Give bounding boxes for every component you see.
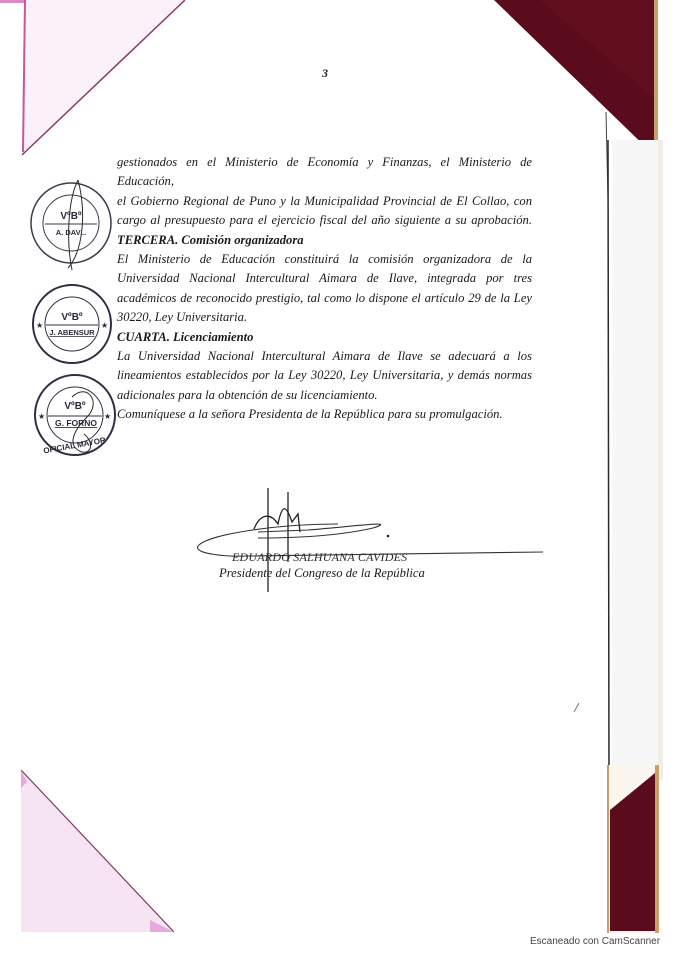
section-heading-tercera: TERCERA. Comisión organizadora	[117, 231, 532, 250]
stamp-name: G. FORNO	[55, 418, 97, 428]
stamp-vb-label: VºBº	[61, 312, 83, 323]
folder-corner-bottom-right	[600, 765, 678, 935]
paragraph-line: La Universidad Nacional Intercultural Ai…	[117, 347, 532, 366]
paragraph-line: el Gobierno Regional de Puno y la Munici…	[117, 192, 532, 211]
approval-stamp-1: VºBº A. DAV...	[28, 180, 114, 266]
scanned-page: 3 gestionados en el Ministerio de Econom…	[0, 0, 678, 960]
stamp-name: J. ABENSUR	[49, 328, 95, 337]
folder-corner-top-left	[0, 0, 200, 160]
paragraph-line: adicionales para la obtención de su lice…	[117, 386, 532, 405]
paragraph-line: Universidad Nacional Intercultural Aimar…	[117, 269, 532, 288]
camscanner-watermark: Escaneado con CamScanner	[530, 936, 660, 947]
folder-corner-bottom-left	[0, 760, 200, 940]
svg-text:★: ★	[104, 412, 111, 421]
signature-scribble	[188, 484, 548, 599]
approval-stamp-3: VºBº G. FORNO ★ ★ OFICIAL MAYOR	[32, 372, 118, 458]
signer-title: Presidente del Congreso de la República	[219, 566, 425, 581]
approval-stamp-2: VºBº J. ABENSUR ★ ★	[30, 282, 114, 366]
paragraph-line: lineamientos establecidos por la Ley 302…	[117, 366, 532, 385]
page-number: 3	[322, 66, 328, 81]
paragraph-line: gestionados en el Ministerio de Economía…	[117, 153, 532, 192]
svg-text:★: ★	[101, 321, 108, 330]
paragraph-line: 30220, Ley Universitaria.	[117, 308, 532, 327]
paragraph-line: El Ministerio de Educación constituirá l…	[117, 250, 532, 269]
folder-right-edge	[600, 140, 678, 780]
section-heading-cuarta: CUARTA. Licenciamiento	[117, 328, 532, 347]
document-body: gestionados en el Ministerio de Economía…	[117, 153, 532, 425]
stamp-vb-label: VºBº	[60, 211, 82, 222]
svg-text:★: ★	[36, 321, 43, 330]
stamp-bottom-text: OFICIAL MAYOR	[43, 436, 107, 456]
paragraph-line: cargo al presupuesto para el ejercicio f…	[117, 211, 532, 230]
pen-mark	[572, 700, 582, 719]
svg-text:★: ★	[38, 412, 45, 421]
paragraph-line: académicos de reconocido prestigio, tal …	[117, 289, 532, 308]
signer-name: EDUARDO SALHUANA CAVIDES	[232, 550, 407, 565]
closing-line: Comuníquese a la señora Presidenta de la…	[117, 405, 532, 424]
stamp-vb-label: VºBº	[64, 401, 86, 412]
